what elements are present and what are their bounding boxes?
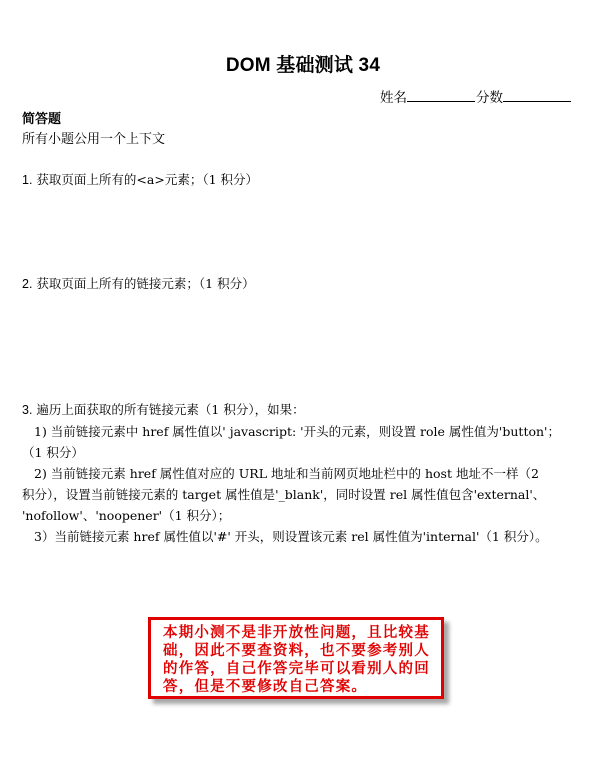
question-text: 获取页面上所有的链接元素；（1 积分） bbox=[36, 276, 254, 291]
document-page: DOM 基础测试 34 姓名分数 简答题 所有小题公用一个上下文 1. 获取页面… bbox=[0, 0, 606, 779]
sub-item-3-line-1: 3）当前链接元素 href 属性值以'#' 开头，则设置该元素 rel 属性值为… bbox=[22, 526, 592, 547]
sub-item-2-line-1: 2) 当前链接元素 href 属性值对应的 URL 地址和当前网页地址栏中的 h… bbox=[22, 463, 592, 484]
section-note: 所有小题公用一个上下文 bbox=[22, 128, 165, 147]
question-1: 1. 获取页面上所有的<a>元素；（1 积分） bbox=[22, 169, 258, 191]
question-number: 3. bbox=[22, 403, 32, 417]
question-text: 获取页面上所有的<a>元素；（1 积分） bbox=[36, 172, 258, 187]
sub-item-2-line-2: 积分），设置当前链接元素的 target 属性值是'_blank'，同时设置 r… bbox=[22, 484, 592, 505]
question-text: 遍历上面获取的所有链接元素（1 积分），如果： bbox=[36, 402, 304, 417]
question-2: 2. 获取页面上所有的链接元素；（1 积分） bbox=[22, 273, 255, 295]
score-label: 分数 bbox=[476, 90, 503, 106]
sub-item-1-line-1: 1) 当前链接元素中 href 属性值以' javascript: '开头的元素… bbox=[22, 421, 592, 442]
question-3: 3. 遍历上面获取的所有链接元素（1 积分），如果： 1) 当前链接元素中 hr… bbox=[22, 399, 592, 547]
section-title: 简答题 bbox=[22, 108, 61, 127]
sub-item-2-line-3: 'nofollow'、'noopener'（1 积分）； bbox=[22, 505, 592, 526]
sub-item-1-line-2: （1 积分） bbox=[22, 442, 592, 463]
notice-box: 本期小测不是非开放性问题，且比较基础，因此不要查资料，也不要参考别人的作答，自己… bbox=[148, 617, 444, 699]
name-score-line: 姓名分数 bbox=[380, 86, 572, 106]
document-title: DOM 基础测试 34 bbox=[0, 50, 606, 77]
question-number: 1. bbox=[22, 173, 32, 187]
name-blank bbox=[407, 89, 475, 102]
name-label: 姓名 bbox=[380, 90, 407, 106]
question-number: 2. bbox=[22, 277, 32, 291]
score-blank bbox=[503, 89, 571, 102]
